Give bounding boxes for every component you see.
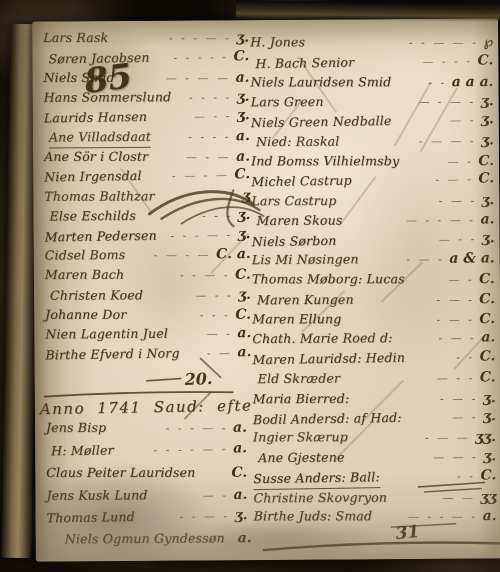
register-entry: Johanne Dor - - - C. bbox=[45, 304, 251, 324]
register-entry: Ane Villadsdaat - - - - a. bbox=[44, 126, 250, 147]
register-photo: Lars Rask - - - — - ʒ. Søren Jacobsen - … bbox=[0, 0, 500, 572]
register-entry: Maren Lauridsd: Hedin - - C. bbox=[252, 347, 495, 371]
entry-dash-leader: - - - - - bbox=[149, 47, 233, 68]
entry-name: Niels Lauridsen Smid bbox=[251, 72, 392, 92]
entry-name: Cidsel Boms bbox=[45, 245, 126, 265]
entry-name: Niels Ogmun Gyndessøn bbox=[65, 528, 225, 551]
entry-name: Nied: Raskal bbox=[256, 131, 340, 151]
ink-scribble: 85 bbox=[82, 56, 134, 102]
entry-dash-leader: - - bbox=[391, 73, 451, 93]
entry-mark: C. bbox=[235, 266, 251, 286]
register-entry: Birthe Efverd i Norg - — a. bbox=[45, 342, 251, 365]
register-entry: Niels Smid — - — — a. bbox=[44, 67, 250, 87]
entry-name: Maren Skous bbox=[256, 210, 342, 230]
register-entry: Niels Lauridsen Smid - - a a a. bbox=[251, 72, 494, 92]
entry-dash-leader: - — bbox=[179, 343, 237, 364]
entry-mark: ʒ. bbox=[482, 229, 495, 249]
entry-name: Susse Anders: Ball: bbox=[253, 467, 380, 490]
entry-name: Christen Koed bbox=[50, 285, 143, 305]
entry-dash-leader: - - — - bbox=[135, 506, 235, 530]
entry-dash-leader: - - - - — - bbox=[114, 439, 234, 463]
entry-mark: C. bbox=[480, 466, 496, 486]
entry-mark: a. bbox=[233, 417, 247, 439]
register-entry: Thomas Balthzar ʒ bbox=[44, 186, 250, 207]
register-entry: Christen Koed — - - ʒ. bbox=[45, 285, 251, 306]
register-entry: Michel Castrup - — - C. bbox=[251, 169, 494, 193]
entry-mark: C. bbox=[480, 368, 496, 388]
book-top-edge bbox=[236, 0, 500, 22]
register-entry: Maria Bierred: - — - ʒ. bbox=[253, 388, 496, 409]
entry-name: H: Møller bbox=[51, 440, 114, 463]
entry-dash-leader: — - bbox=[405, 270, 479, 290]
entry-mark: a. bbox=[483, 508, 497, 528]
entry-name: H. Jones bbox=[250, 32, 305, 52]
entry-mark: C. bbox=[234, 165, 250, 185]
entry-name: Chath. Marie Roed d: bbox=[252, 329, 392, 350]
entry-dash-leader: - - — - bbox=[124, 266, 235, 286]
entry-mark: C. bbox=[479, 310, 495, 330]
register-entry: Lars Rask - - - — - ʒ. bbox=[43, 28, 249, 48]
entry-mark: a. bbox=[236, 127, 250, 147]
entry-mark: ʒ. bbox=[238, 225, 251, 245]
entry-mark: a. bbox=[480, 210, 494, 230]
entry-name: Jens Bisp bbox=[46, 417, 106, 439]
entry-name: Ane Sör i Clostr bbox=[44, 146, 148, 166]
register-entry: Birthe Juds: Smad — - - — - a. bbox=[254, 507, 497, 527]
entry-name: Ingier Skærup bbox=[253, 428, 348, 448]
register-entry: Thomas Lund - - — - ʒ. bbox=[46, 504, 247, 529]
register-entry: Nied: Raskal - — — - ʒ. bbox=[251, 130, 494, 151]
entry-name: Birthe Juds: Smad bbox=[254, 507, 373, 527]
register-entry: Jens Kusk Lund — - a. bbox=[46, 484, 247, 507]
entry-mark: a & a. bbox=[449, 250, 495, 270]
entry-dash-leader: - — - bbox=[336, 191, 481, 211]
entry-dash-leader: - - - bbox=[136, 206, 238, 226]
entry-mark: ʒʒ bbox=[481, 488, 497, 508]
entry-name: Lis Mi Nøsingen bbox=[252, 250, 359, 271]
entry-dash-leader: — - - bbox=[147, 106, 237, 127]
entry-dash-leader: — - - bbox=[340, 369, 480, 390]
entry-name: Thomas Lund bbox=[46, 506, 135, 530]
entry-dash-leader: — - bbox=[402, 407, 484, 428]
entry-name: Eld Skræder bbox=[258, 369, 341, 389]
entry-dash-leader: — — bbox=[387, 488, 481, 508]
register-entry: H. Bach Senior — - - - C. bbox=[250, 50, 493, 74]
entry-name: H. Bach Senior bbox=[255, 52, 354, 73]
register-entry: Maren Bach - - — - C. bbox=[45, 265, 251, 285]
entry-dash-leader: - - bbox=[405, 348, 480, 369]
entry-mark: ʒʒ. bbox=[475, 428, 496, 448]
entry-mark: ʒ. bbox=[235, 504, 248, 526]
entry-dash-leader: - — — bbox=[348, 428, 475, 448]
entry-mark: ʒ. bbox=[238, 286, 251, 306]
register-entry: Ingier Skærup - — — ʒʒ. bbox=[253, 427, 496, 447]
register-entry: Christine Skovgryon — — ʒʒ bbox=[253, 487, 496, 508]
entry-mark: ʒ. bbox=[237, 106, 250, 126]
register-entry: Marten Pedersen - - - — - ʒ. bbox=[44, 224, 250, 247]
entry-name: Laurids Hansen bbox=[44, 107, 148, 128]
register-entry: Søren Jacobsen - - - - - C. bbox=[43, 46, 249, 69]
register-entry: Maren Kungen - — - C. bbox=[252, 289, 495, 310]
entry-mark: C. bbox=[477, 51, 493, 71]
right-column-total: 31 bbox=[395, 522, 420, 544]
register-entry: Nien Lagentin Juel — - a. bbox=[45, 323, 251, 344]
register-entry: Lars Castrup - — - ʒ. bbox=[251, 190, 494, 211]
entry-name: Jens Kusk Lund bbox=[46, 484, 147, 507]
entry-dash-leader: - - - bbox=[126, 305, 235, 325]
entry-mark: a. bbox=[237, 343, 251, 363]
register-entry: Ind Bomss Vilhielmsby — - C. bbox=[251, 151, 494, 171]
entry-dash-leader: - — - bbox=[352, 170, 479, 192]
register-entry: Jens Bisp - - - — - a. bbox=[46, 417, 247, 439]
entry-mark: a. bbox=[237, 324, 251, 344]
entry-name: Lars Rask bbox=[43, 28, 108, 48]
entry-mark: C. bbox=[479, 270, 495, 290]
entry-name: Maren Bach bbox=[45, 265, 124, 285]
entry-mark: C. bbox=[478, 170, 494, 190]
entry-name: Michel Castrup bbox=[251, 171, 352, 192]
entry-dash-leader: — - - bbox=[336, 229, 482, 251]
entry-mark: C. bbox=[480, 348, 496, 368]
entry-mark: ʒ. bbox=[483, 407, 496, 427]
entry-dash-leader: - - - — - bbox=[157, 225, 238, 246]
register-entry: Ane Gjestene — — - ʒ. bbox=[253, 446, 496, 467]
register-entry: Else Eschilds - - - ʒ. bbox=[44, 205, 250, 226]
left-column-subtotal: 20. bbox=[184, 369, 213, 389]
register-entry: Niels Sørbon — - - ʒ. bbox=[252, 228, 495, 252]
entry-name: Nien Irgensdal bbox=[44, 166, 142, 187]
register-entry: Bodil Andersd: af Had: — - ʒ. bbox=[253, 406, 496, 430]
entry-name: Thomas Balthzar bbox=[44, 186, 154, 206]
left-column-1741-entries: Jens Bisp - - - — - a. H: Møller - - - -… bbox=[46, 416, 248, 551]
entry-name: Bodil Andersd: af Had: bbox=[253, 407, 402, 429]
entry-name: Johanne Dor bbox=[45, 304, 126, 324]
entry-name: Christine Skovgryon bbox=[253, 487, 387, 507]
entry-mark: a. bbox=[233, 484, 247, 506]
entry-dash-leader: - - bbox=[380, 466, 481, 487]
register-entry: Eld Skræder — - - C. bbox=[253, 367, 496, 388]
entry-mark: a. bbox=[238, 528, 252, 550]
entry-mark: ʒ. bbox=[481, 131, 494, 151]
register-entry: Maren Ellung - — - C. bbox=[252, 309, 495, 329]
entry-name: Claus Peiter Lauridsen bbox=[46, 461, 195, 483]
entry-dash-leader: — - - - bbox=[354, 51, 478, 73]
left-column-entries: Lars Rask - - - — - ʒ. Søren Jacobsen - … bbox=[43, 27, 251, 364]
entry-name: Maren Lauridsd: Hedin bbox=[252, 348, 405, 370]
entry-name: Maria Bierred: bbox=[253, 389, 350, 409]
entry-mark: C. bbox=[231, 461, 247, 483]
register-entry: Niels Green Nedballe — - ʒ. bbox=[251, 109, 494, 133]
register-entry: Susse Anders: Ball: - - C. bbox=[253, 465, 496, 489]
entry-name: Maren Ellung bbox=[252, 309, 341, 329]
right-column-entries: H. Jones - - — — - ℘ H. Bach Senior — - … bbox=[250, 31, 496, 527]
entry-mark: C. bbox=[479, 290, 495, 310]
entry-dash-leader: - — - bbox=[354, 290, 480, 310]
entry-dash-leader: - — — - bbox=[339, 131, 481, 152]
entry-dash-leader: - — - — bbox=[125, 246, 216, 266]
entry-mark: a a a. bbox=[452, 73, 494, 93]
entry-mark: C. bbox=[235, 305, 251, 325]
entry-name: Else Eschilds bbox=[49, 206, 136, 226]
register-entry: Laurids Hansen — - - ʒ. bbox=[44, 105, 250, 128]
entry-dash-leader: - - - - bbox=[151, 127, 236, 147]
register-entry: Maren Skous — - - — - a. bbox=[251, 209, 494, 230]
entry-mark: a. bbox=[236, 68, 250, 88]
entry-mark: ʒ. bbox=[481, 110, 494, 130]
entry-name: Niels Green Nedballe bbox=[251, 111, 392, 133]
entry-dash-leader: - - - — - bbox=[108, 29, 236, 49]
entry-mark: a. bbox=[233, 438, 247, 461]
entry-dash-leader: - — - bbox=[359, 250, 450, 270]
entry-name: Marten Pedersen bbox=[44, 225, 156, 247]
entry-mark: ʒ bbox=[242, 187, 250, 207]
entry-dash-leader: — - bbox=[391, 111, 481, 132]
entry-dash-leader: — - - — - bbox=[372, 508, 483, 528]
entry-name: Nien Lagentin Juel bbox=[45, 324, 168, 345]
register-entry: Niels Ogmun Gyndessøn a. bbox=[47, 528, 248, 552]
entry-dash-leader: - — - bbox=[341, 310, 479, 330]
manuscript-page: Lars Rask - - - — - ʒ. Søren Jacobsen - … bbox=[32, 18, 500, 561]
entry-dash-leader: - — - — bbox=[141, 166, 234, 187]
entry-name: Niels Sørbon bbox=[252, 230, 337, 251]
register-entry: Cidsel Boms - — - — C. a. bbox=[45, 244, 251, 265]
entry-mark: ʒ. bbox=[482, 191, 495, 211]
register-entry: H: Møller - - - - — - a. bbox=[46, 438, 247, 463]
entry-name: Ane Villadsdaat bbox=[49, 127, 151, 148]
entry-name: Ind Bomss Vilhielmsby bbox=[251, 151, 399, 171]
entry-mark: C. bbox=[233, 47, 249, 67]
register-entry: Lis Mi Nøsingen - — - a & a. bbox=[252, 249, 495, 270]
entry-dash-leader: — - - bbox=[143, 286, 238, 306]
entry-mark: C. a. bbox=[216, 245, 251, 265]
entry-name: Birthe Efverd i Norg bbox=[45, 343, 179, 365]
entry-name: Ane Gjestene bbox=[258, 448, 345, 468]
register-entry: Thomas Møborg: Lucas — - C. bbox=[252, 269, 495, 289]
entry-name: Lars Castrup bbox=[251, 191, 336, 211]
register-entry: Claus Peiter Lauridsen C. bbox=[46, 461, 247, 483]
entry-mark: ʒ. bbox=[238, 206, 251, 226]
register-entry: Ane Sör i Clostr — - — a. bbox=[44, 146, 250, 166]
entry-name: Thomas Møborg: Lucas bbox=[252, 269, 405, 289]
register-entry: Nien Irgensdal - — - — C. bbox=[44, 164, 250, 187]
entry-name: Lars Green bbox=[251, 92, 324, 112]
register-entry: H. Jones - - — — - ℘ bbox=[250, 32, 493, 52]
entry-name: Maren Kungen bbox=[257, 290, 354, 310]
